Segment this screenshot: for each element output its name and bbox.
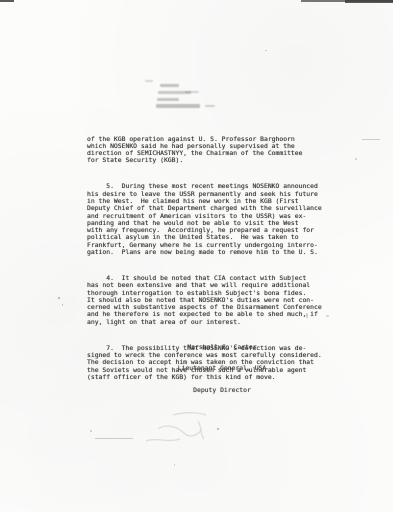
scan-noise-speck bbox=[90, 430, 92, 432]
scan-noise-speck bbox=[217, 428, 219, 430]
signature-title: Deputy Director bbox=[153, 387, 291, 394]
scan-noise-speck bbox=[265, 50, 267, 51]
scan-noise-speck bbox=[174, 464, 175, 466]
paragraph-kgb-operation: of the KGB operation against U. S. Profe… bbox=[87, 136, 325, 165]
stamp-smudge bbox=[156, 104, 200, 108]
faded-stamp bbox=[143, 78, 233, 116]
signature-block: Marshall S. Carter Lieutenant General, U… bbox=[153, 329, 291, 409]
signature-name: Marshall S. Carter bbox=[153, 344, 291, 351]
scan-noise-dash bbox=[95, 438, 133, 439]
scan-noise-speck bbox=[326, 315, 329, 317]
scan-artifact-top-left bbox=[0, 0, 14, 2]
stamp-smudge bbox=[145, 80, 153, 82]
scan-noise-speck bbox=[62, 304, 63, 306]
scan-noise-speck bbox=[306, 313, 308, 318]
scan-artifact-top-right-dark bbox=[345, 0, 393, 3]
paragraph-5-defection-request: 5. During these most recent meetings NOS… bbox=[87, 183, 325, 256]
stamp-smudge bbox=[160, 84, 179, 87]
scanned-document-page: of the KGB operation against U. S. Profe… bbox=[0, 0, 393, 512]
stamp-smudge bbox=[157, 98, 179, 101]
signature-rank: Lieutenant General, USA bbox=[153, 365, 291, 372]
scan-noise-speck bbox=[355, 158, 357, 160]
scan-noise-dash bbox=[362, 139, 380, 140]
faded-handwriting-mark bbox=[128, 403, 238, 458]
paragraph-4-bona-fides: 4. It should be noted that CIA contact w… bbox=[87, 275, 325, 326]
stamp-smudge bbox=[205, 105, 215, 107]
scan-noise-speck bbox=[58, 297, 60, 299]
stamp-smudge bbox=[185, 91, 199, 93]
